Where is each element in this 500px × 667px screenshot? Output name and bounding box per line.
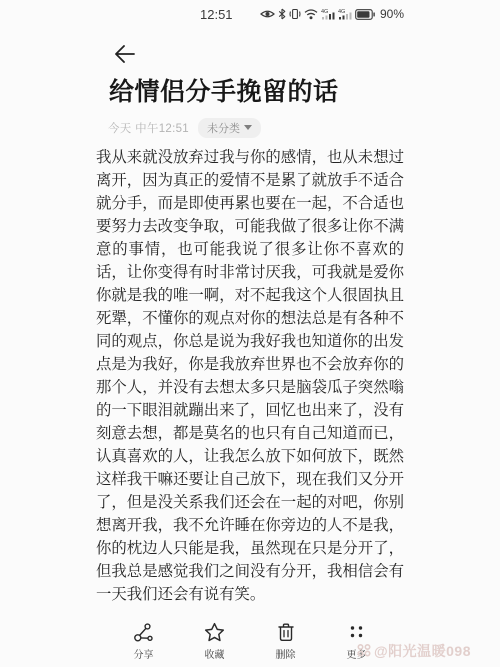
- delete-label: 删除: [276, 646, 296, 661]
- status-icons: 4G 4G 90%: [260, 7, 404, 21]
- share-label: 分享: [134, 646, 154, 661]
- star-icon: [204, 622, 225, 643]
- more-dots-icon: [346, 622, 367, 643]
- favorite-label: 收藏: [205, 646, 225, 661]
- wifi-icon: [304, 9, 318, 20]
- status-bar: 12:51 4G 4G: [96, 0, 404, 28]
- note-body-text[interactable]: 我从来就没放弃过我与你的感情，也从未想过离开，因为真正的爱情不是累了就放手不适合…: [96, 146, 404, 606]
- share-icon: [133, 622, 154, 643]
- phone-content-column: 12:51 4G 4G: [96, 0, 404, 667]
- bluetooth-icon: [278, 8, 286, 20]
- battery-icon: [355, 9, 375, 20]
- note-title: 给情侣分手挽留的话: [109, 72, 404, 108]
- svg-text:4G: 4G: [321, 9, 328, 15]
- favorite-button[interactable]: 收藏: [179, 622, 250, 667]
- signal-4g-icon: 4G: [338, 8, 352, 20]
- back-button[interactable]: [114, 44, 136, 64]
- vibrate-icon: [289, 8, 301, 20]
- signal-4g-icon: 4G: [321, 8, 335, 20]
- note-timestamp: 今天 中午12:51: [108, 120, 189, 136]
- back-arrow-icon: [114, 51, 136, 68]
- bottom-toolbar: 分享 收藏 删除 更多: [96, 619, 404, 667]
- trash-icon: [276, 622, 296, 643]
- battery-percent: 90%: [380, 7, 404, 21]
- more-label: 更多: [347, 646, 367, 661]
- chevron-down-icon: [244, 125, 252, 130]
- note-meta: 今天 中午12:51 未分类: [108, 119, 404, 136]
- category-badge[interactable]: 未分类: [198, 118, 261, 138]
- eye-comfort-icon: [260, 8, 275, 20]
- more-button[interactable]: 更多: [321, 622, 392, 667]
- delete-button[interactable]: 删除: [250, 622, 321, 667]
- notes-app-screen: 12:51 4G 4G: [0, 0, 500, 667]
- status-time: 12:51: [200, 7, 233, 22]
- category-label: 未分类: [207, 120, 240, 136]
- share-button[interactable]: 分享: [108, 622, 179, 667]
- svg-text:4G: 4G: [338, 9, 345, 15]
